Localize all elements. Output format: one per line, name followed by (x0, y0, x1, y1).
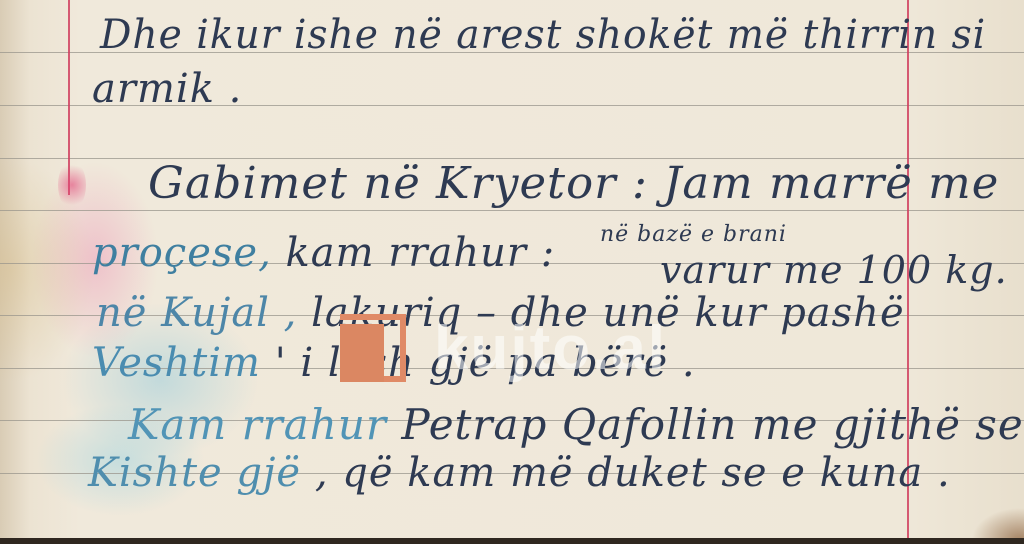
watermark: kujto.al (340, 308, 667, 388)
ink-bleed-stain (58, 160, 86, 210)
handwritten-line-1: Dhe ikur ishe në arest shokët më thirrin… (100, 12, 986, 58)
faded-word: në Kujal , (96, 290, 297, 336)
notebook-page: Dhe ikur ishe në arest shokët më thirrin… (0, 0, 1024, 538)
handwritten-line-5a: proçese, kam rrahur : (92, 230, 555, 276)
faded-word: proçese, (92, 230, 272, 276)
handwritten-line-2: armik . (92, 66, 242, 112)
watermark-text: kujto.al (434, 313, 667, 384)
faded-word: Kishte gjë (88, 450, 301, 496)
faded-word: Kam rrahur (128, 400, 387, 449)
interlinear-note: në bazë e brani (600, 222, 787, 247)
page-bottom-edge (0, 538, 1024, 544)
handwritten-line-5b: varur me 100 kg. (660, 248, 1008, 292)
handwritten-line-9: Kishte gjë , që kam më duket se e kuna . (88, 450, 951, 496)
watermark-logo-icon (340, 314, 406, 382)
handwritten-line-4: Gabimet në Kryetor : Jam marrë me (148, 158, 999, 209)
ruled-line (0, 210, 1024, 211)
faded-word: Veshtim (92, 340, 261, 386)
handwritten-line-8: Kam rrahur Petrap Qafollin me gjithë se (128, 400, 1024, 449)
